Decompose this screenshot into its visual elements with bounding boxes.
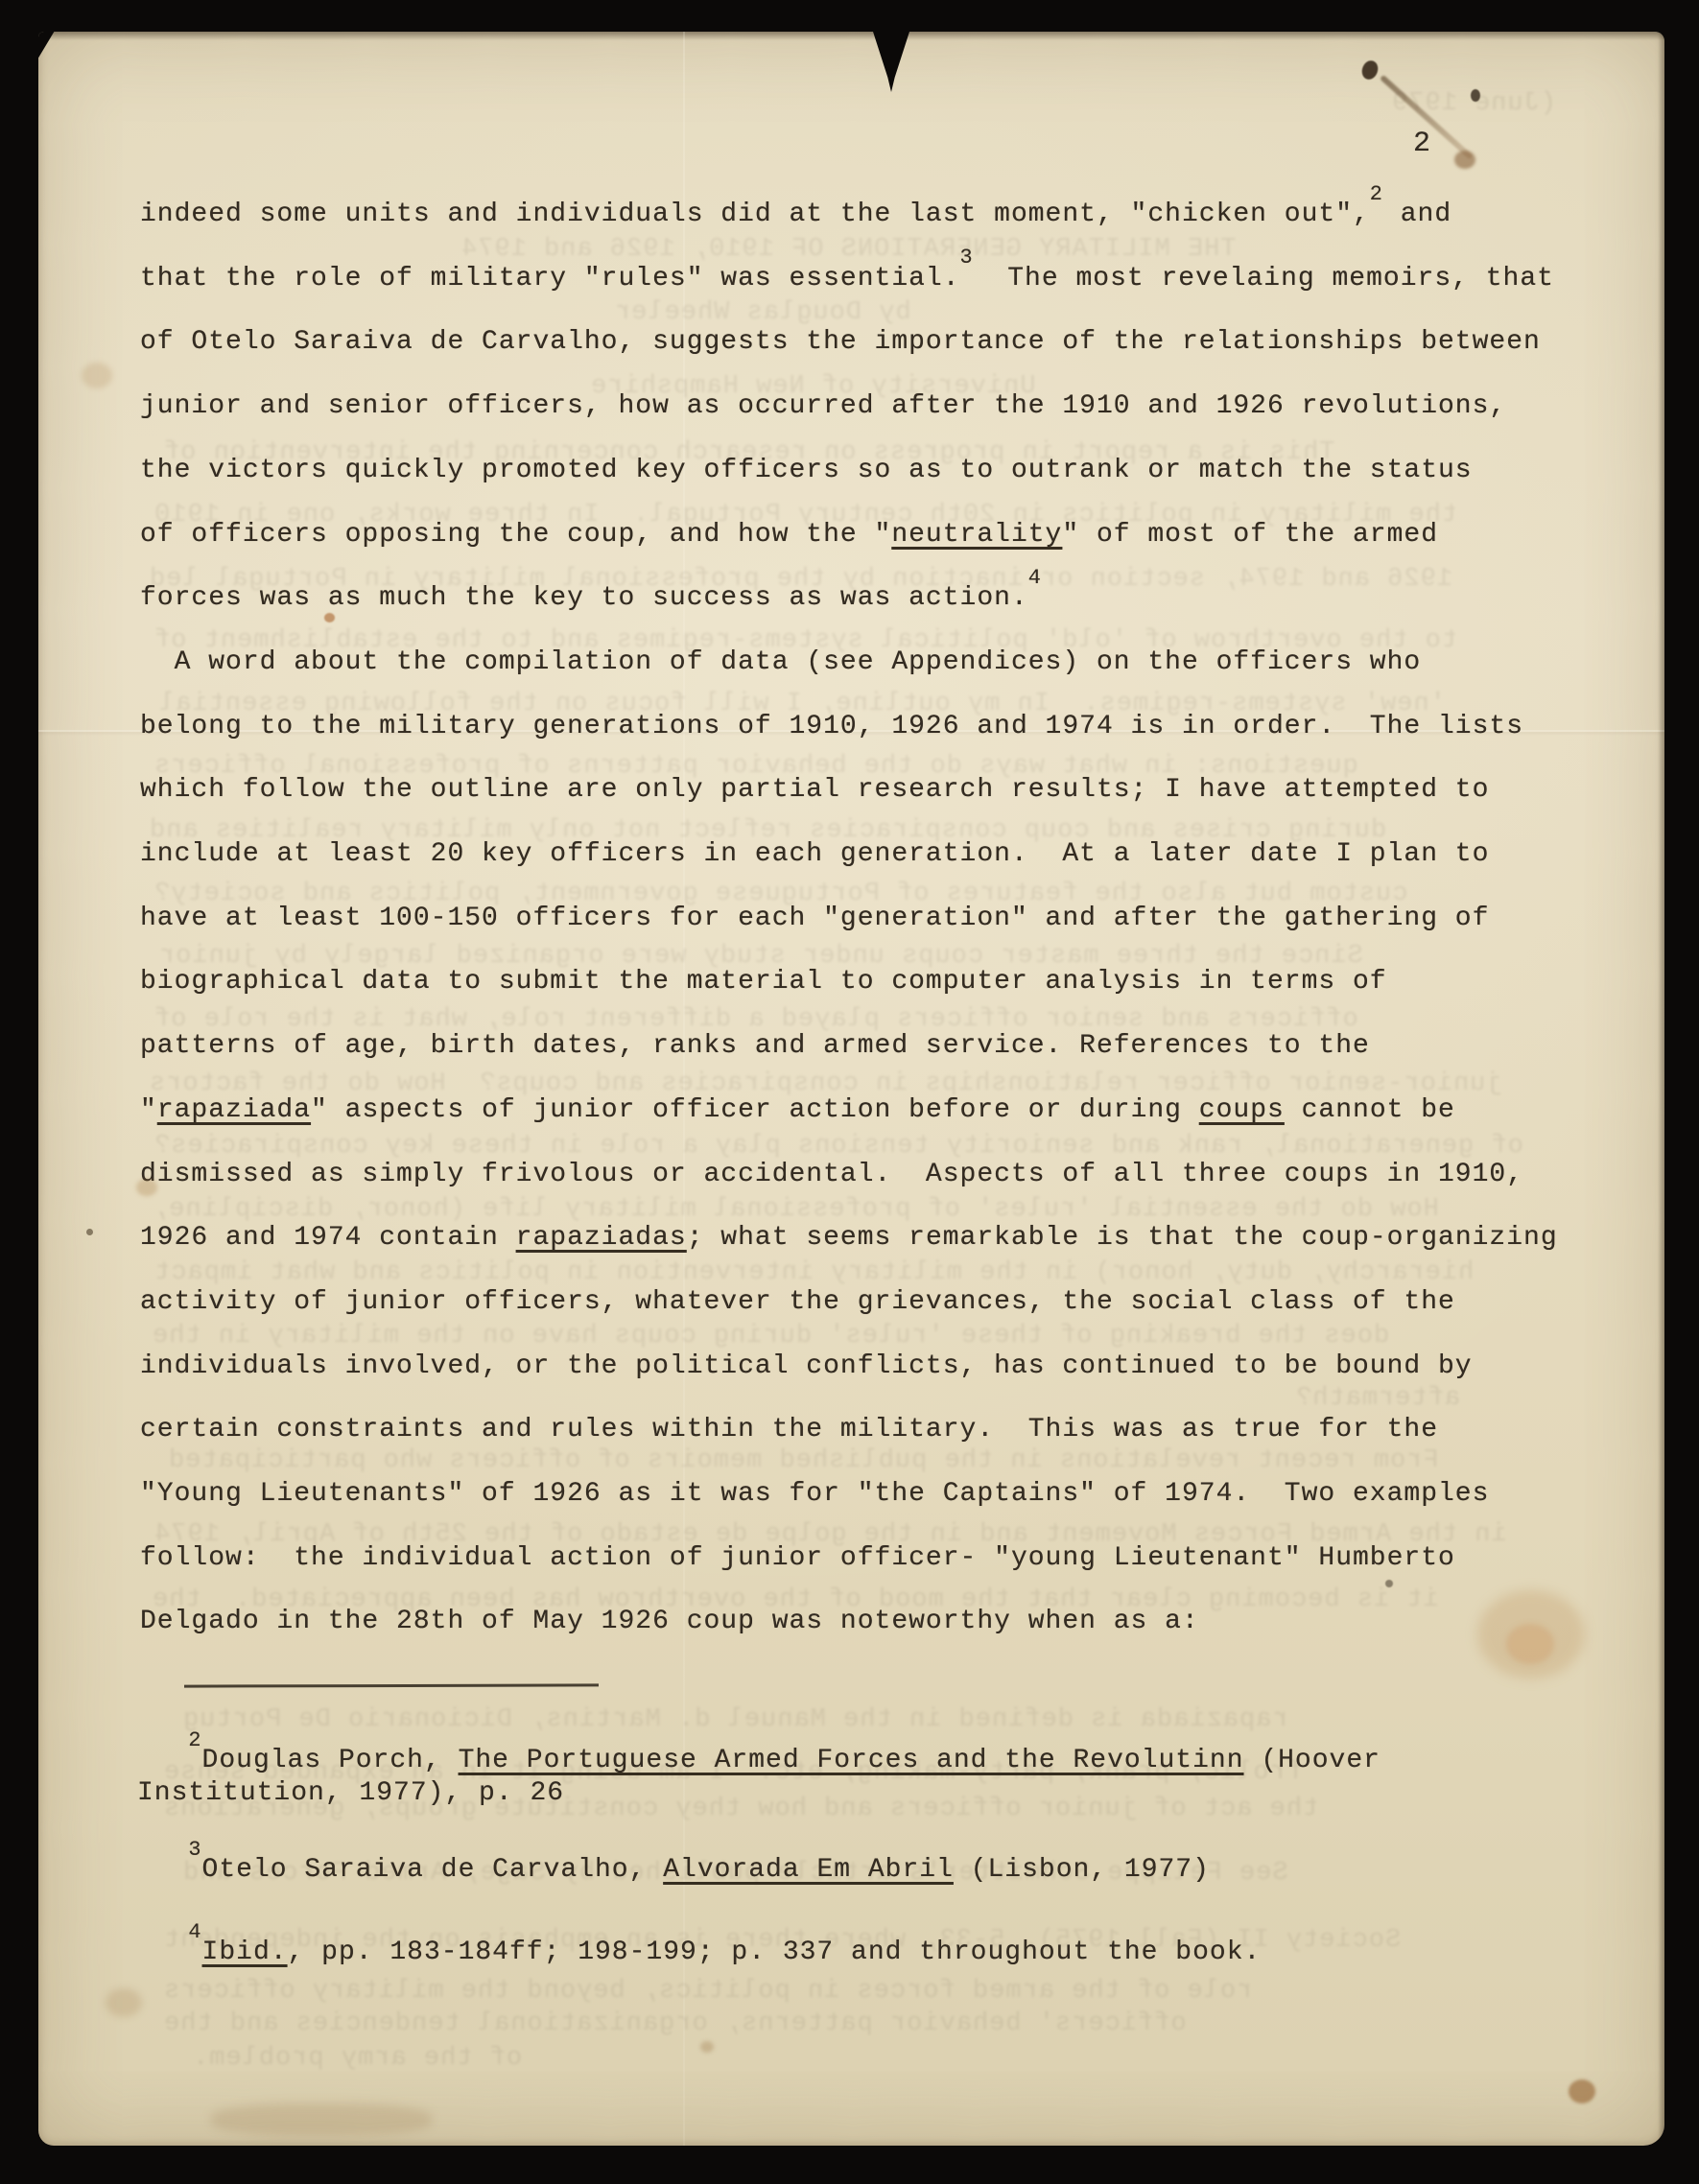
bleedthrough-line: rapaziada is defined in the Manuel d. Ma…: [182, 1705, 1288, 1734]
bleedthrough-line: of the army problem.: [192, 2044, 522, 2073]
body-line: that the role of military "rules" was es…: [140, 247, 1637, 312]
stain: [82, 363, 112, 388]
scan-background: (June 1979THE MILITARY GENERATIONS OF 19…: [0, 0, 1699, 2184]
footnote-line: 4Ibid., pp. 183-184ff; 198-199; p. 337 a…: [137, 1937, 1261, 1969]
footnote: 2Douglas Porch, The Portuguese Armed For…: [137, 1745, 1380, 1810]
document-page: (June 1979THE MILITARY GENERATIONS OF 19…: [38, 32, 1664, 2146]
body-line: certain constraints and rules within the…: [140, 1398, 1637, 1463]
body-line: activity of junior officers, whatever th…: [140, 1271, 1637, 1335]
stain: [1359, 59, 1380, 82]
footnote-separator: [184, 1683, 599, 1687]
body-line: A word about the compilation of data (se…: [140, 631, 1637, 695]
body-line: junior and senior officers, how as occur…: [140, 375, 1637, 439]
footnote-line: Institution, 1977), p. 26: [137, 1777, 1380, 1810]
body-line: belong to the military generations of 19…: [140, 695, 1637, 760]
body-line: forces was as much the key to success as…: [140, 567, 1637, 631]
stain: [86, 1229, 93, 1235]
stain: [1385, 1580, 1393, 1587]
stain: [1471, 89, 1480, 102]
body-line: of officers opposing the coup, and how t…: [140, 504, 1637, 568]
bleedthrough-line: role of the armed forces in politics, be…: [163, 1977, 1252, 2006]
body-line: "rapaziada" aspects of junior officer ac…: [140, 1079, 1637, 1143]
footnote: 3Otelo Saraiva de Carvalho, Alvorada Em …: [137, 1854, 1210, 1887]
body-line: individuals involved, or the political c…: [140, 1335, 1637, 1399]
body-line: "Young Lieutenants" of 1926 as it was fo…: [140, 1463, 1637, 1527]
body-line: dismissed as simply frivolous or acciden…: [140, 1143, 1637, 1208]
body-line: have at least 100-150 officers for each …: [140, 887, 1637, 951]
stain: [700, 2041, 714, 2053]
stain: [1506, 1624, 1554, 1664]
body-line: patterns of age, birth dates, ranks and …: [140, 1015, 1637, 1079]
body-text: indeed some units and individuals did at…: [140, 183, 1637, 1655]
page-tear-notch: [869, 32, 913, 92]
body-line: include at least 20 key officers in each…: [140, 823, 1637, 887]
body-line: follow: the individual action of junior …: [140, 1527, 1637, 1591]
body-line: of Otelo Saraiva de Carvalho, suggests t…: [140, 311, 1637, 375]
stain: [1454, 151, 1475, 169]
body-line: Delgado in the 28th of May 1926 coup was…: [140, 1590, 1637, 1655]
footnote-line: 3Otelo Saraiva de Carvalho, Alvorada Em …: [137, 1854, 1210, 1887]
stain: [1569, 2079, 1595, 2103]
stain: [136, 1179, 157, 1196]
body-line: the victors quickly promoted key officer…: [140, 439, 1637, 504]
body-line: 1926 and 1974 contain rapaziadas; what s…: [140, 1207, 1637, 1271]
footnote-line: 2Douglas Porch, The Portuguese Armed For…: [137, 1745, 1380, 1777]
page-corner-clip: [38, 32, 55, 59]
stain: [106, 1988, 142, 2017]
stain: [324, 613, 335, 622]
stain: [211, 2103, 432, 2136]
bleedthrough-line: officers' behavior patterns, organizatio…: [163, 2009, 1187, 2038]
body-line: biographical data to submit the material…: [140, 951, 1637, 1015]
page-number: 2: [1413, 128, 1430, 160]
footnote: 4Ibid., pp. 183-184ff; 198-199; p. 337 a…: [137, 1937, 1261, 1969]
body-line: which follow the outline are only partia…: [140, 759, 1637, 823]
body-line: indeed some units and individuals did at…: [140, 183, 1637, 247]
